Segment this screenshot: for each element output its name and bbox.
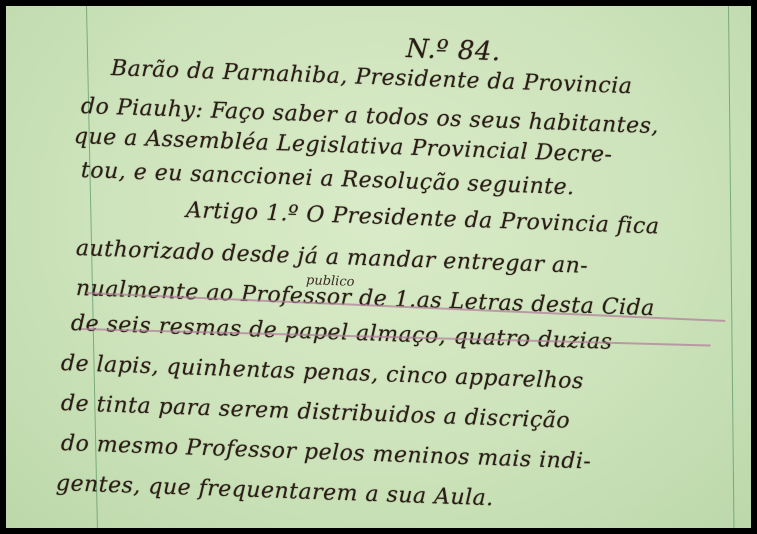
text-line-10: de tinta para serem distribuidos a discr… <box>61 391 571 434</box>
text-line-11: do mesmo Professor pelos meninos mais in… <box>61 431 592 475</box>
text-line-4: tou, e eu sanccionei a Resolução seguint… <box>81 158 575 200</box>
text-line-5: Artigo 1.º O Presidente da Provincia fic… <box>186 198 660 240</box>
text-line-9: de lapis, quinhentas penas, cinco appare… <box>61 351 585 394</box>
text-line-1: Barão da Parnahiba, Presidente da Provin… <box>111 56 633 99</box>
text-line-6: authorizado desde já a mandar entregar a… <box>76 236 589 279</box>
text-line-12: gentes, que frequentarem a sua Aula. <box>56 471 495 511</box>
manuscript-page: N.º 84. Barão da Parnahiba, Presidente d… <box>6 6 751 528</box>
document-number: N.º 84. <box>405 34 501 67</box>
right-margin-rule <box>728 6 734 528</box>
text-line-8: de seis resmas de papel almaço, quatro d… <box>71 311 613 355</box>
